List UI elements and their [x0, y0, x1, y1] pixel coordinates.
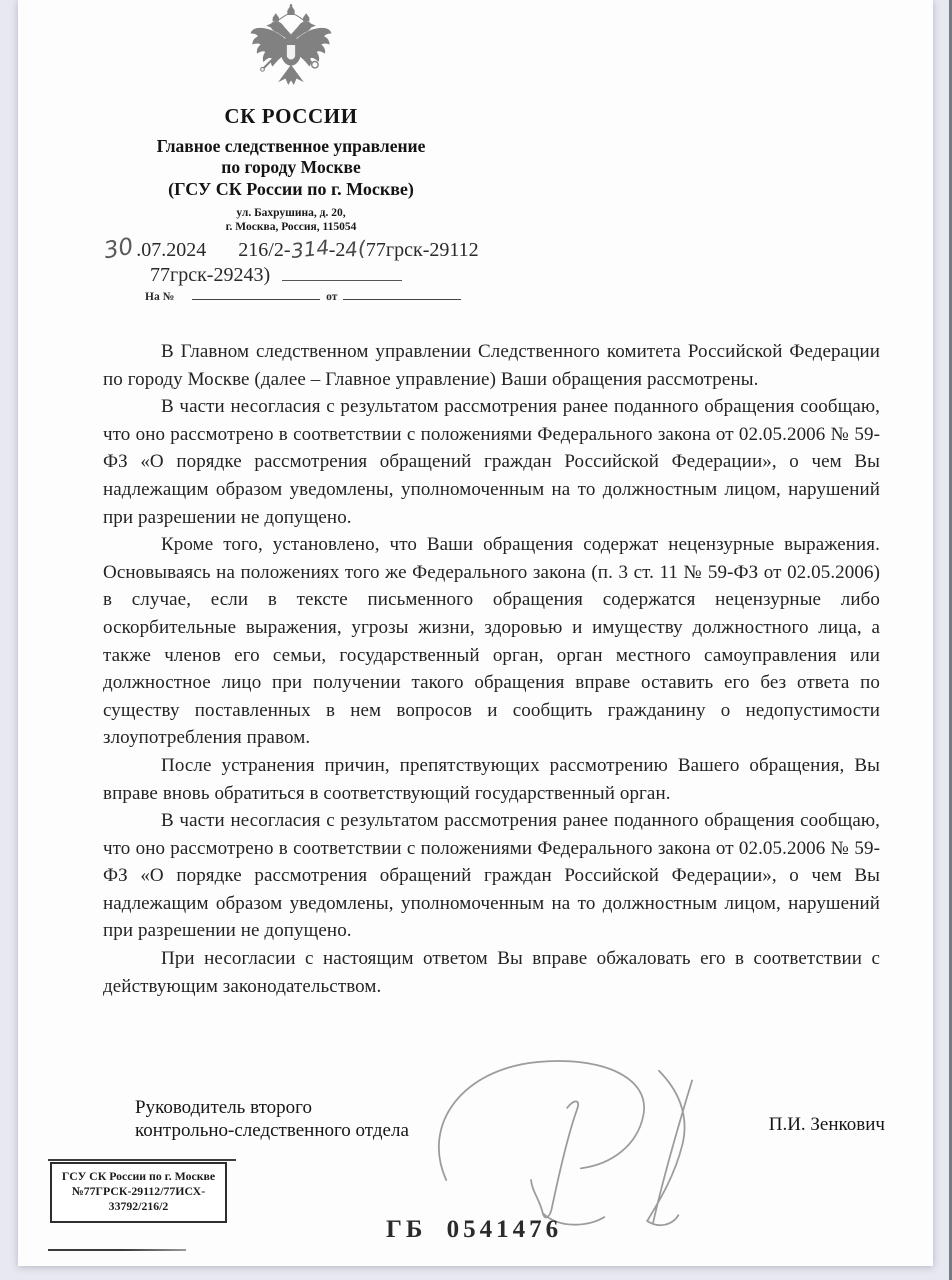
org-address-line2: г. Москва, Россия, 115054 — [88, 220, 494, 234]
org-title: СК РОССИИ — [88, 104, 494, 129]
document-viewer-background: СК РОССИИ Главное следственное управлени… — [0, 0, 952, 1280]
org-abbrev-line: (ГСУ СК России по г. Москве) — [88, 178, 494, 201]
signer-position: Руководитель второго контрольно-следстве… — [135, 1096, 409, 1142]
reference-number-line2-row: 77грск-29243) — [150, 263, 402, 287]
letter-body: В Главном следственном управлении Следст… — [103, 338, 880, 1000]
stamp-top-line — [48, 1159, 236, 1161]
russia-coat-of-arms-icon — [245, 4, 337, 96]
blank-line — [282, 263, 402, 281]
body-paragraph: После устранения причин, препятствующих … — [103, 752, 880, 807]
reference-number-line2: 77грск-29243) — [150, 264, 270, 286]
outgoing-number-mid: -2 — [329, 239, 346, 261]
handwritten-number-part2: 4( — [344, 236, 367, 262]
body-paragraph: В части несогласия с результатом рассмот… — [103, 393, 880, 531]
registration-stamp: ГСУ СК России по г. Москве №77ГРСК-29112… — [50, 1162, 227, 1223]
outgoing-date: .07.2024 — [136, 239, 206, 261]
body-paragraph: При несогласии с настоящим ответом Вы вп… — [103, 945, 880, 1000]
org-address: ул. Бахрушина, д. 20, г. Москва, Россия,… — [88, 206, 494, 234]
incoming-reference-row: На №от — [145, 288, 461, 303]
outgoing-number-suffix: 77грск-29112 — [366, 239, 479, 261]
stamp-underline — [48, 1249, 186, 1251]
stamp-line1: ГСУ СК России по г. Москве — [52, 1169, 225, 1184]
handwritten-day: 30 — [102, 234, 135, 265]
form-serial-number: ГБ 0541476 — [386, 1216, 562, 1244]
blank-line — [192, 288, 320, 300]
document-page: СК РОССИИ Главное следственное управлени… — [18, 0, 933, 1266]
signer-position-line1: Руководитель второго — [135, 1096, 409, 1119]
blank-line — [343, 288, 461, 300]
outgoing-reference-row: 30.07.2024216/2-314-24(77грск-29112 — [104, 236, 479, 262]
body-paragraph: В части несогласия с результатом рассмот… — [103, 807, 880, 945]
ot-label: от — [326, 291, 337, 303]
handwritten-signature — [413, 1052, 735, 1230]
na-no-label: На № — [145, 291, 174, 303]
outgoing-number-prefix: 216/2- — [238, 239, 290, 261]
signer-position-line2: контрольно-следственного отдела — [135, 1119, 409, 1142]
handwritten-number-part1: 314 — [289, 235, 329, 263]
org-address-line1: ул. Бахрушина, д. 20, — [88, 206, 494, 220]
letterhead: СК РОССИИ Главное следственное управлени… — [88, 104, 494, 234]
stamp-line2: №77ГРСК-29112/77ИСХ- — [52, 1184, 225, 1199]
stamp-line3: 33792/216/2 — [52, 1199, 225, 1214]
body-paragraph: В Главном следственном управлении Следст… — [103, 338, 880, 393]
signer-name: П.И. Зенкович — [769, 1114, 885, 1136]
body-paragraph: Кроме того, установлено, что Ваши обраще… — [103, 531, 880, 752]
org-unit-line1: Главное следственное управление — [88, 136, 494, 157]
org-unit-line2: по городу Москве — [88, 157, 494, 178]
